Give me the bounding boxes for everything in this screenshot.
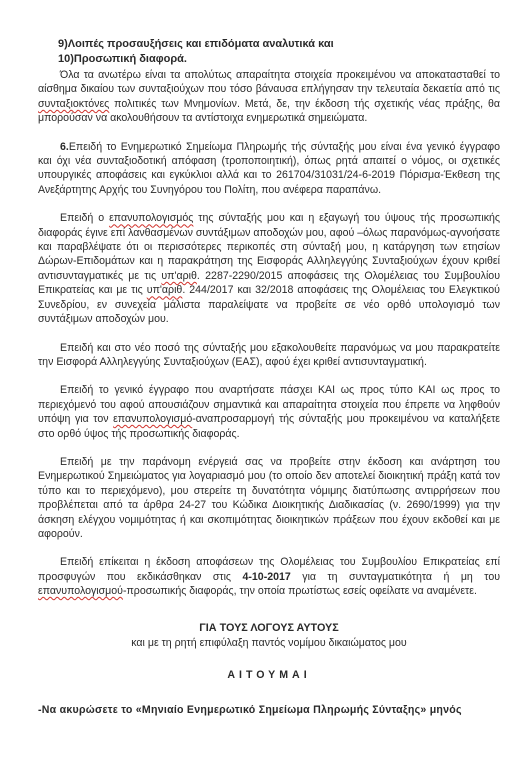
document-page: 9)Λοιπές προσαυξήσεις και επιδόματα αναλ…	[0, 0, 530, 776]
paragraph-eas-contribution: Επειδή και στο νέο ποσό της σύνταξής μου…	[38, 341, 500, 370]
paragraph-text: Επειδή το Ενημερωτικό Σημείωμα Πληρωμής …	[38, 141, 500, 196]
paragraph-text: για τη συνταγματικότητα ή μη του	[291, 571, 500, 583]
hearing-date: 4-10-2017	[243, 571, 291, 583]
paragraph-text: Όλα τα ανωτέρω είναι τα απολύτως απαραίτ…	[38, 69, 500, 95]
paragraph-text: Επειδή ο	[60, 212, 109, 224]
misspelled-word[interactable]: επανυπολογισμού	[38, 585, 123, 597]
request-item-annul: -Να ακυρώσετε το «Μηνιαίο Ενημερωτικό Ση…	[38, 703, 500, 717]
document-body: 9)Λοιπές προσαυξήσεις και επιδόματα αναλ…	[58, 37, 500, 717]
paragraph-essential-data: Όλα τα ανωτέρω είναι τα απολύτως απαραίτ…	[38, 68, 500, 126]
request-heading: ΑΙΤΟΥΜΑΙ	[38, 668, 500, 682]
paragraph-recalculation: Επειδή ο επανυπολογισμός της σύνταξής μο…	[38, 211, 500, 326]
misspelled-word[interactable]: επανυπολογισμός	[109, 212, 193, 224]
body-block: Όλα τα ανωτέρω είναι τα απολύτως απαραίτ…	[38, 68, 500, 717]
list-item-personal-difference: 10)Προσωπική διαφορά.	[58, 52, 500, 67]
paragraph-6: 6.Επειδή το Ενημερωτικό Σημείωμα Πληρωμή…	[38, 140, 500, 198]
paragraph-text: -προσωπικής διαφοράς, την οποία πρωτίστω…	[123, 585, 477, 597]
misspelled-word[interactable]: επανυπολογισμό	[113, 413, 192, 425]
misspelled-word[interactable]: συνταξιοκτόνες	[38, 98, 109, 110]
paragraph-form-content: Επειδή το γενικό έγγραφο που αναρτήσατε …	[38, 383, 500, 441]
misspelled-word[interactable]: υπ'αριθ	[161, 270, 197, 282]
paragraph-pending-decisions: Επειδή επίκειται η έκδοση αποφάσεων της …	[38, 555, 500, 598]
paragraph-number: 6.	[60, 141, 69, 153]
reasons-subtitle: και με τη ρητή επιφύλαξη παντός νομίμου …	[38, 636, 500, 650]
list-item-other-allowances: 9)Λοιπές προσαυξήσεις και επιδόματα αναλ…	[58, 37, 500, 52]
paragraph-illegal-action: Επειδή με την παράνομη ενέργειά σας να π…	[38, 455, 500, 541]
misspelled-word[interactable]: υπ'αριθ	[147, 284, 183, 296]
reasons-heading: ΓΙΑ ΤΟΥΣ ΛΟΓΟΥΣ ΑΥΤΟΥΣ	[38, 621, 500, 635]
